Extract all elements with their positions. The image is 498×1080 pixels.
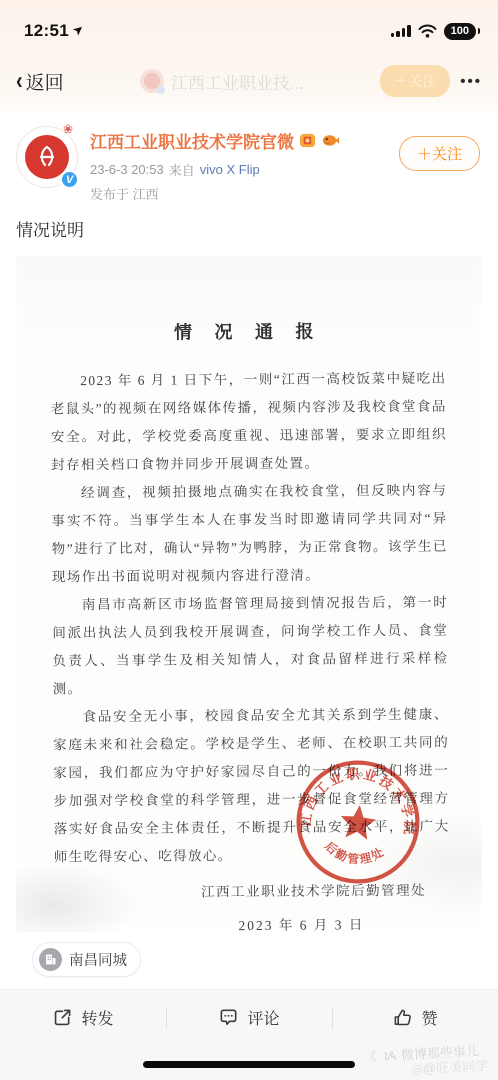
back-chevron-icon: ‹	[16, 67, 23, 96]
watermark: ☾ᝰ 微博那些事儿 ◎@旺美同学	[369, 1043, 488, 1079]
like-label: 赞	[421, 1006, 437, 1029]
official-seal: 江西工业职业技术学院 后勤管理处	[285, 749, 430, 894]
svg-text:后勤管理处: 后勤管理处	[321, 838, 389, 869]
home-indicator[interactable]	[143, 1061, 355, 1068]
more-options-button[interactable]: •••	[460, 73, 482, 90]
document-photo[interactable]: 情 况 通 报 2023 年 6 月 1 日下午，一则“江西一高校饭菜中疑吃出老…	[16, 256, 482, 932]
avatar-decoration: ❀	[63, 123, 79, 137]
nav-mini-avatar	[140, 69, 164, 93]
status-bar: 12:51 ➤ 100	[0, 0, 498, 50]
comment-label: 评论	[247, 1006, 279, 1029]
repost-label: 转发	[81, 1006, 113, 1029]
comment-button[interactable]: 评论	[166, 1006, 332, 1029]
top-chrome: 12:51 ➤ 100 ‹ 返回 江西工业职业技...	[0, 0, 498, 112]
back-label: 返回	[26, 68, 64, 95]
seal-star-icon	[339, 803, 378, 840]
follow-button[interactable]: ＋关注	[399, 136, 480, 171]
location-arrow-icon: ➤	[69, 20, 88, 39]
nav-bar: ‹ 返回 江西工业职业技... ＋关注 •••	[0, 50, 498, 112]
watermark-doodle-icon: ☾ᝰ	[369, 1048, 398, 1079]
comment-icon	[218, 1007, 239, 1028]
watermark-line2: ◎@旺美同学	[401, 1058, 488, 1078]
tag-label: 南昌同城	[69, 949, 127, 970]
repost-button[interactable]: 转发	[0, 1006, 166, 1029]
like-button[interactable]: 赞	[332, 1006, 498, 1029]
home-zone: ☾ᝰ 微博那些事儿 ◎@旺美同学	[0, 1046, 498, 1080]
repost-icon	[52, 1007, 73, 1028]
back-button[interactable]: ‹ 返回	[16, 68, 64, 95]
document-title: 情 况 通 报	[50, 316, 446, 345]
document-date: 2023 年 6 月 3 日	[54, 912, 450, 931]
action-bar: 转发 评论 赞	[0, 990, 498, 1046]
fish-badge-icon	[321, 131, 340, 150]
post-header: ❀ V 江西工业职业技术学院官微	[16, 126, 482, 203]
seal-bottom-text: 后勤管理处	[321, 838, 389, 869]
post-text: 情况说明	[16, 218, 482, 244]
wifi-icon	[418, 24, 437, 38]
author-name[interactable]: 江西工业职业技术学院官微	[90, 128, 294, 153]
battery-indicator: 100	[444, 23, 476, 40]
post-source-device[interactable]: vivo X Flip	[200, 162, 260, 177]
nav-title-group: 江西工业职业技...	[64, 69, 381, 94]
document-paragraph: 2023 年 6 月 1 日下午，一则“江西一高校饭菜中疑吃出老鼠头”的视频在网…	[50, 364, 447, 479]
nav-follow-button[interactable]: ＋关注	[380, 65, 450, 97]
college-logo-icon	[31, 141, 63, 173]
avatar[interactable]: ❀ V	[16, 126, 78, 188]
location-tag-chip[interactable]: 南昌同城	[32, 942, 141, 977]
gold-badge-icon	[298, 131, 317, 150]
cellular-signal-icon	[391, 25, 411, 37]
weibo-post-screen: 12:51 ➤ 100 ‹ 返回 江西工业职业技...	[0, 0, 498, 1080]
tag-row: 南昌同城	[16, 932, 482, 989]
like-icon	[392, 1007, 413, 1028]
post-timestamp: 23-6-3 20:53	[90, 162, 164, 177]
source-prefix: 来自	[169, 160, 195, 179]
verified-badge-icon: V	[60, 170, 79, 189]
bottom-zone: 转发 评论 赞 ☾ᝰ	[0, 989, 498, 1080]
status-time: 12:51	[24, 21, 69, 41]
document-paragraph: 南昌市高新区市场监督管理局接到情况报告后，第一时间派出执法人员到我校开展调查，问…	[52, 588, 449, 703]
nav-title: 江西工业职业技...	[171, 69, 304, 94]
post-card: ❀ V 江西工业职业技术学院官微	[0, 112, 498, 989]
post-location: 发布于 江西	[90, 184, 482, 203]
city-building-icon	[39, 948, 62, 971]
document-paragraph: 经调查，视频拍摄地点确实在我校食堂，但反映内容与事实不符。当事学生本人在事发当时…	[51, 476, 448, 591]
